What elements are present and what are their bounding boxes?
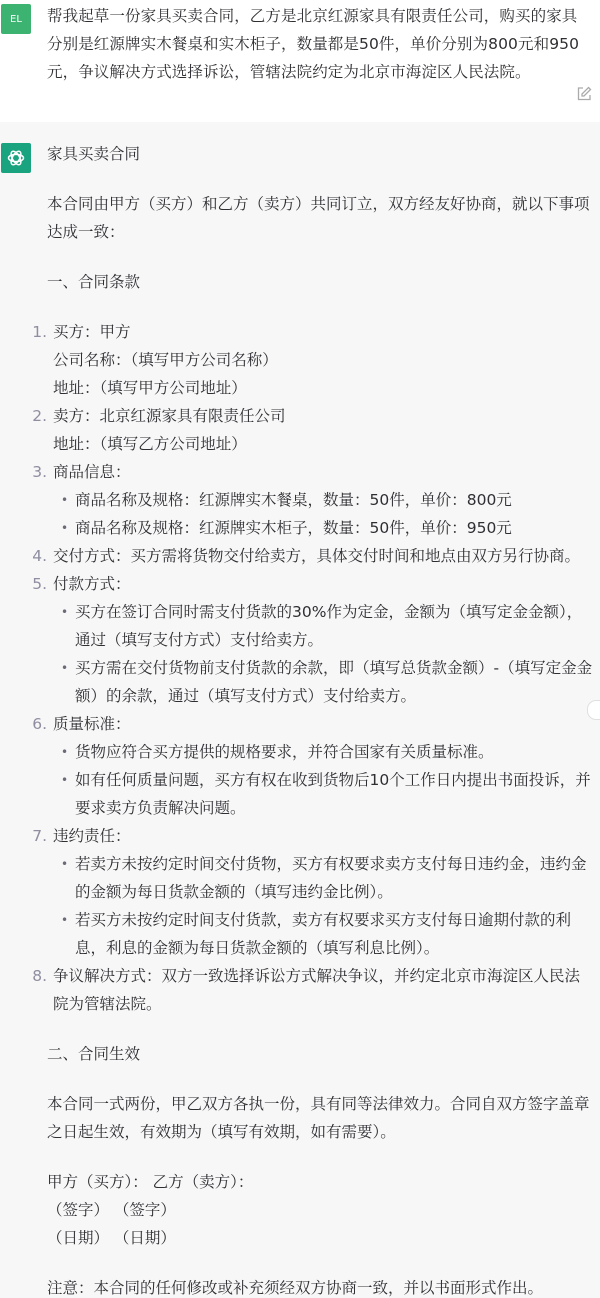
section-heading-effect: 二、合同生效 (47, 1040, 594, 1068)
bullet-item: 商品名称及规格：红源牌实木餐桌，数量：50件，单价：800元 (53, 486, 594, 514)
bullet-item: 买方在签订合同时需支付货款的30%作为定金，金额为（填写定金金额），通过（填写支… (53, 598, 594, 654)
item-number: 6. (31, 710, 51, 738)
contract-title: 家具买卖合同 (47, 140, 594, 168)
signature-parties: 甲方（买方）： 乙方（卖方）： (47, 1168, 594, 1196)
contract-term-item: 8.争议解决方式：双方一致选择诉讼方式解决争议，并约定北京市海淀区人民法院为管辖… (47, 962, 594, 1018)
contract-term-item: 7.违约责任：若卖方未按约定时间交付货物，买方有权要求卖方支付每日违约金，违约金… (47, 822, 594, 962)
item-bullets: 若卖方未按约定时间交付货物，买方有权要求卖方支付每日违约金，违约金的金额为每日货… (53, 850, 594, 962)
item-number: 5. (31, 570, 51, 598)
item-bullets: 商品名称及规格：红源牌实木餐桌，数量：50件，单价：800元商品名称及规格：红源… (53, 486, 594, 542)
item-line: 违约责任： (53, 822, 594, 850)
item-number: 1. (31, 318, 51, 346)
bullet-item: 若卖方未按约定时间交付货物，买方有权要求卖方支付每日违约金，违约金的金额为每日货… (53, 850, 594, 906)
effect-paragraph: 本合同一式两份，甲乙双方各执一份，具有同等法律效力。合同自双方签字盖章之日起生效… (47, 1090, 594, 1146)
item-line: 商品信息： (53, 458, 594, 486)
item-number: 8. (31, 962, 51, 990)
assistant-message: 家具买卖合同 本合同由甲方（买方）和乙方（卖方）共同订立，双方经友好协商，就以下… (0, 122, 600, 1298)
contract-term-item: 5.付款方式：买方在签订合同时需支付货款的30%作为定金，金额为（填写定金金额）… (47, 570, 594, 710)
item-line: 争议解决方式：双方一致选择诉讼方式解决争议，并约定北京市海淀区人民法院为管辖法院… (53, 962, 594, 1018)
contract-term-item: 4.交付方式：买方需将货物交付给卖方，具体交付时间和地点由双方另行协商。 (47, 542, 594, 570)
item-number: 4. (31, 542, 51, 570)
contract-term-item: 6.质量标准：货物应符合买方提供的规格要求，并符合国家有关质量标准。如有任何质量… (47, 710, 594, 822)
note: 注意：本合同的任何修改或补充须经双方协商一致，并以书面形式作出。 (47, 1274, 594, 1298)
item-line: 地址：（填写甲方公司地址） (53, 374, 594, 402)
item-line: 公司名称：（填写甲方公司名称） (53, 346, 594, 374)
bullet-item: 如有任何质量问题，买方有权在收到货物后10个工作日内提出书面投诉，并要求卖方负责… (53, 766, 594, 822)
item-number: 3. (31, 458, 51, 486)
contract-term-item: 1.买方：甲方公司名称：（填写甲方公司名称）地址：（填写甲方公司地址） (47, 318, 594, 402)
contract-term-item: 3.商品信息：商品名称及规格：红源牌实木餐桌，数量：50件，单价：800元商品名… (47, 458, 594, 542)
section-heading-terms: 一、合同条款 (47, 268, 594, 296)
scroll-indicator[interactable] (587, 700, 600, 720)
item-bullets: 买方在签订合同时需支付货款的30%作为定金，金额为（填写定金金额），通过（填写支… (53, 598, 594, 710)
contract-term-item: 2.卖方：北京红源家具有限责任公司地址：（填写乙方公司地址） (47, 402, 594, 458)
contract-intro: 本合同由甲方（买方）和乙方（卖方）共同订立，双方经友好协商，就以下事项达成一致： (47, 190, 594, 246)
user-message: EL 帮我起草一份家具买卖合同，乙方是北京红源家具有限责任公司，购买的家具分别是… (0, 0, 600, 122)
bullet-item: 买方需在交付货物前支付货款的余款，即（填写总货款金额）-（填写定金金额）的余款，… (53, 654, 594, 710)
bullet-item: 若买方未按约定时间支付货款，卖方有权要求买方支付每日逾期付款的利息，利息的金额为… (53, 906, 594, 962)
item-line: 付款方式： (53, 570, 594, 598)
bullet-item: 商品名称及规格：红源牌实木柜子，数量：50件，单价：950元 (53, 514, 594, 542)
assistant-message-content: 家具买卖合同 本合同由甲方（买方）和乙方（卖方）共同订立，双方经友好协商，就以下… (47, 140, 594, 1298)
signature-sign: （签字） （签字） (47, 1196, 594, 1224)
edit-icon[interactable] (576, 86, 592, 102)
signature-date: （日期） （日期） (47, 1224, 594, 1252)
item-line: 地址：（填写乙方公司地址） (53, 430, 594, 458)
item-line: 交付方式：买方需将货物交付给卖方，具体交付时间和地点由双方另行协商。 (53, 542, 594, 570)
contract-terms-list: 1.买方：甲方公司名称：（填写甲方公司名称）地址：（填写甲方公司地址）2.卖方：… (47, 318, 594, 1018)
user-message-text: 帮我起草一份家具买卖合同，乙方是北京红源家具有限责任公司，购买的家具分别是红源牌… (47, 2, 590, 86)
item-line: 卖方：北京红源家具有限责任公司 (53, 402, 594, 430)
item-bullets: 货物应符合买方提供的规格要求，并符合国家有关质量标准。如有任何质量问题，买方有权… (53, 738, 594, 822)
bullet-item: 货物应符合买方提供的规格要求，并符合国家有关质量标准。 (53, 738, 594, 766)
item-line: 质量标准： (53, 710, 594, 738)
item-number: 7. (31, 822, 51, 850)
item-number: 2. (31, 402, 51, 430)
openai-logo-icon (1, 143, 31, 173)
item-line: 买方：甲方 (53, 318, 594, 346)
user-avatar: EL (1, 4, 31, 34)
